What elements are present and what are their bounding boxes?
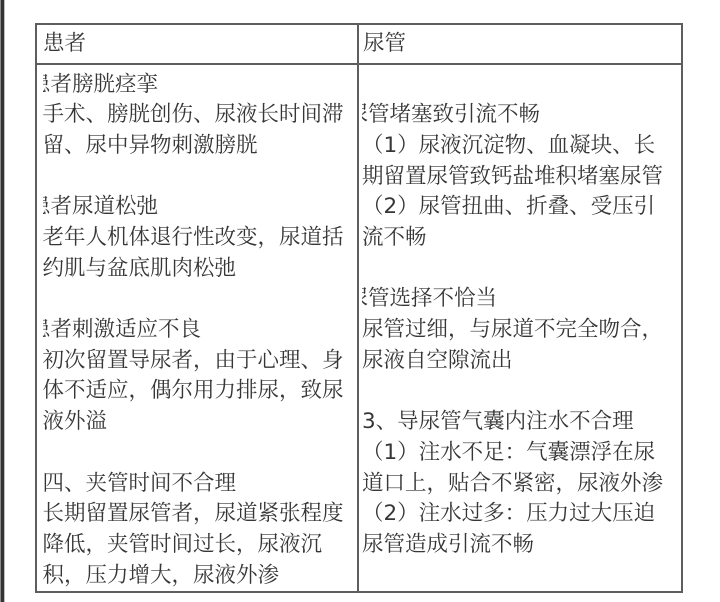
section-line: 期留置尿管致钙盐堆积堵塞尿管 xyxy=(362,162,681,193)
section-line: （2）尿管扭曲、折叠、受压引 xyxy=(362,192,681,223)
patient-column: 患者膀胱痉挛 手术、膀胱创伤、尿液长时间滞 留、尿中异物刺激膀胱 患者尿道松弛 … xyxy=(37,65,359,591)
section-line: 长期留置尿管者，尿道紧张程度 xyxy=(43,499,358,530)
section-line: （1）注水不足：气囊漂浮在尿 xyxy=(362,438,681,469)
left-edge-border xyxy=(0,0,5,602)
blank-line xyxy=(362,70,681,101)
section-line: 手术、膀胱创伤、尿液长时间滞 xyxy=(43,100,358,131)
section-title: 患者尿道松弛 xyxy=(43,192,358,223)
section-title: 3、导尿管气囊内注水不合理 xyxy=(362,407,681,438)
section-line: 初次留置导尿者，由于心理、身 xyxy=(43,346,358,377)
section-line: （2）注水过多：压力过大压迫 xyxy=(362,499,681,530)
catheter-column: 尿管堵塞致引流不畅 （1）尿液沉淀物、血凝块、长 期留置尿管致钙盐堆积堵塞尿管 … xyxy=(359,65,681,591)
section-title: 患者膀胱痉挛 xyxy=(43,70,358,101)
catheter-column-content: 尿管堵塞致引流不畅 （1）尿液沉淀物、血凝块、长 期留置尿管致钙盐堆积堵塞尿管 … xyxy=(362,70,681,591)
patient-section-urethra-relaxation: 患者尿道松弛 老年人机体退行性改变，尿道括 约肌与盆底肌肉松弛 xyxy=(43,192,358,284)
table-header-row: 患者 尿管 xyxy=(37,25,681,65)
header-patient: 患者 xyxy=(37,25,359,63)
section-title: 四、夹管时间不合理 xyxy=(43,469,358,500)
section-line: 降低，夹管时间过长，尿液沉 xyxy=(43,530,358,561)
header-catheter: 尿管 xyxy=(359,25,681,63)
catheter-section-blockage: 尿管堵塞致引流不畅 （1）尿液沉淀物、血凝块、长 期留置尿管致钙盐堆积堵塞尿管 … xyxy=(362,100,681,253)
section-line: 尿管过细，与尿道不完全吻合， xyxy=(362,315,681,346)
section-line: 道口上，贴合不紧密，尿液外渗 xyxy=(362,469,681,500)
section-title: 尿管选择不恰当 xyxy=(362,284,681,315)
section-line: 液外溢 xyxy=(43,407,358,438)
patient-section-bladder-spasm: 患者膀胱痉挛 手术、膀胱创伤、尿液长时间滞 留、尿中异物刺激膀胱 xyxy=(43,70,358,162)
section-line: 尿液自空隙流出 xyxy=(362,346,681,377)
section-line: （1）尿液沉淀物、血凝块、长 xyxy=(362,131,681,162)
patient-section-poor-adaptation: 患者刺激适应不良 初次留置导尿者，由于心理、身 体不适应，偶尔用力排尿，致尿 液… xyxy=(43,315,358,438)
section-line: 留、尿中异物刺激膀胱 xyxy=(43,131,358,162)
section-line: 流不畅 xyxy=(362,223,681,254)
section-line: 体不适应，偶尔用力排尿，致尿 xyxy=(43,376,358,407)
section-title: 患者刺激适应不良 xyxy=(43,315,358,346)
patient-section-clamping-time: 四、夹管时间不合理 长期留置尿管者，尿道紧张程度 降低，夹管时间过长，尿液沉 积… xyxy=(43,469,358,591)
section-line: 约肌与盆底肌肉松弛 xyxy=(43,254,358,285)
catheter-section-balloon-water: 3、导尿管气囊内注水不合理 （1）注水不足：气囊漂浮在尿 道口上，贴合不紧密，尿… xyxy=(362,407,681,560)
catheter-section-selection: 尿管选择不恰当 尿管过细，与尿道不完全吻合， 尿液自空隙流出 xyxy=(362,284,681,376)
section-line: 尿管造成引流不畅 xyxy=(362,530,681,561)
section-title: 尿管堵塞致引流不畅 xyxy=(362,100,681,131)
causes-table: 患者 尿管 患者膀胱痉挛 手术、膀胱创伤、尿液长时间滞 留、尿中异物刺激膀胱 患… xyxy=(35,23,683,593)
section-line: 积，压力增大，尿液外渗 xyxy=(43,561,358,591)
patient-column-content: 患者膀胱痉挛 手术、膀胱创伤、尿液长时间滞 留、尿中异物刺激膀胱 患者尿道松弛 … xyxy=(43,70,358,591)
table-body-row: 患者膀胱痉挛 手术、膀胱创伤、尿液长时间滞 留、尿中异物刺激膀胱 患者尿道松弛 … xyxy=(37,65,681,591)
section-line: 老年人机体退行性改变，尿道括 xyxy=(43,223,358,254)
